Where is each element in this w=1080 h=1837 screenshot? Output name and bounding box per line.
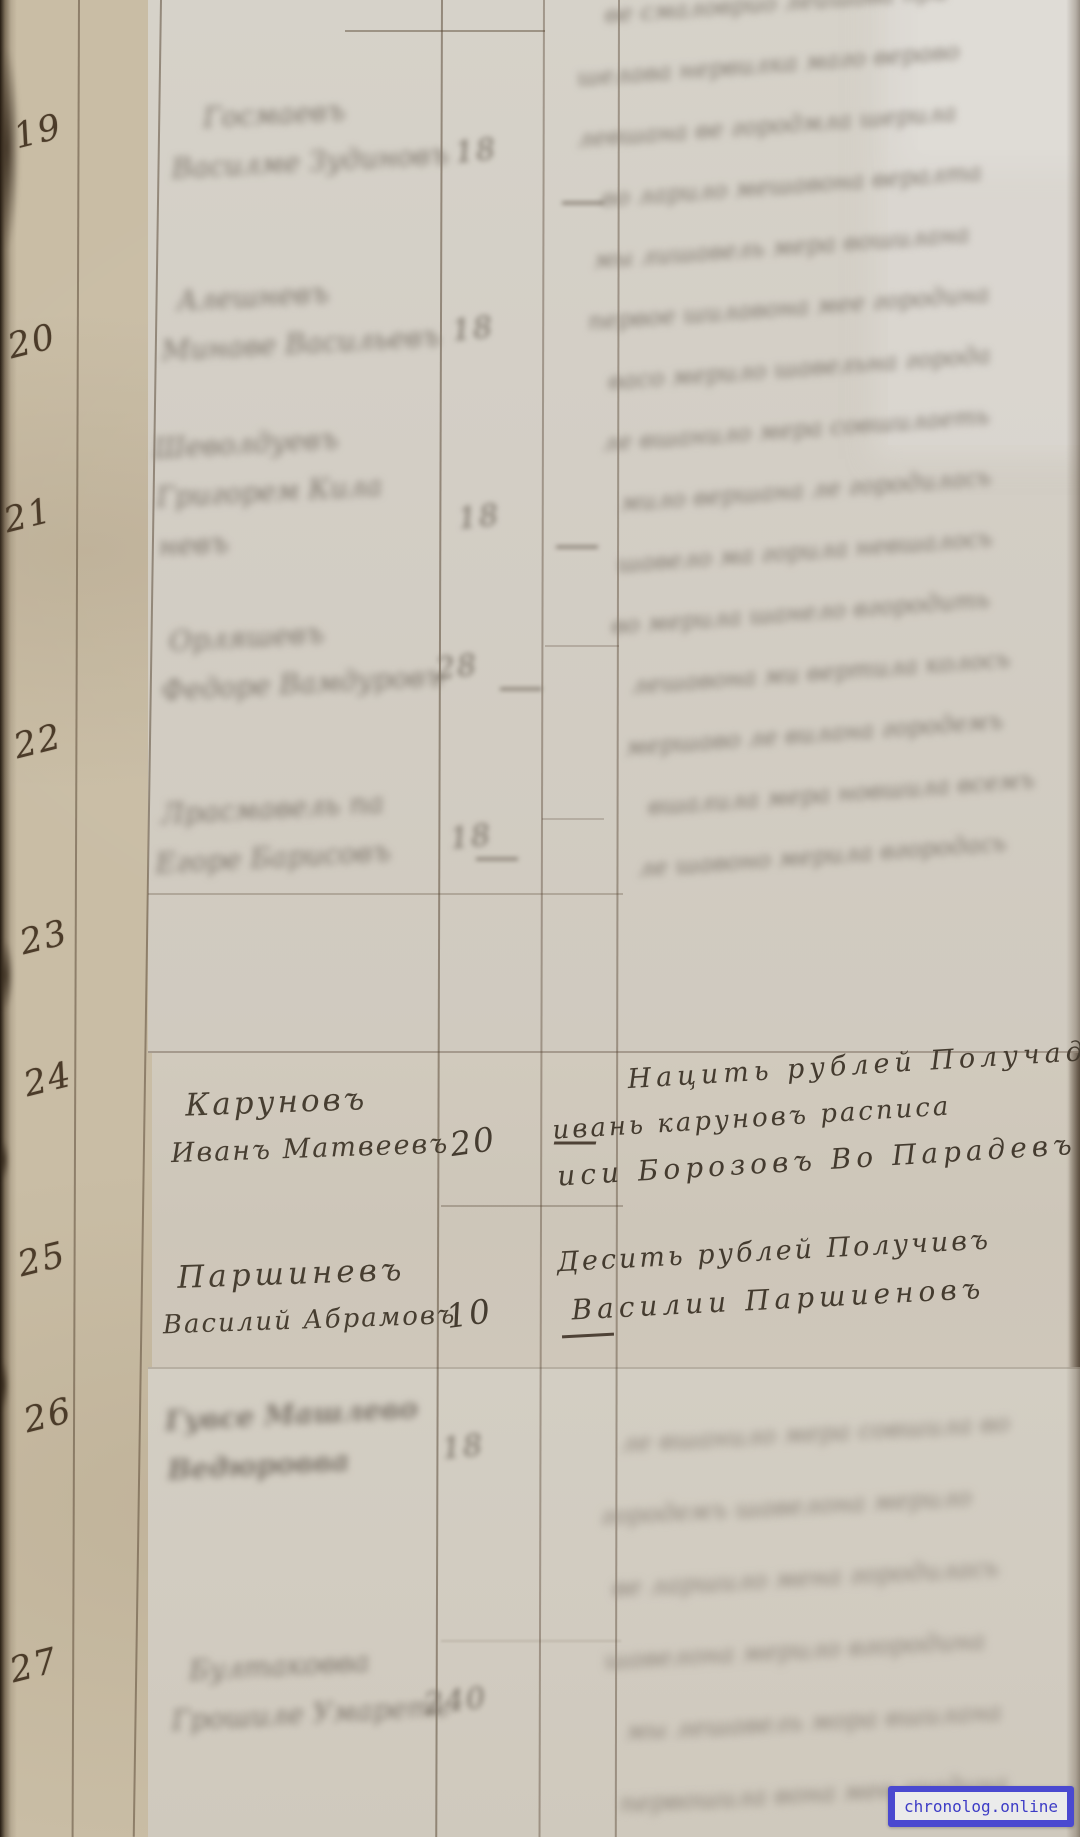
table-row-rule xyxy=(441,1205,623,1207)
table-row-rule xyxy=(148,893,623,895)
entry-name-24: Каруновъ Иванъ Матвеевъ xyxy=(184,1073,450,1176)
entry-value-26: 18 xyxy=(440,1428,486,1467)
entry-value-27: 240 xyxy=(422,1681,489,1722)
ink-smudge xyxy=(0,1360,9,1410)
ink-smudge xyxy=(0,1140,9,1180)
ditto-dash-21: — xyxy=(554,520,600,566)
notes-illegible-top: ве смаловрио лейшава при шелава нервилка… xyxy=(565,0,1041,900)
table-row-rule xyxy=(148,1367,1080,1369)
entry-value-21: 18 xyxy=(456,498,502,537)
name-line: Иванъ Матвеевъ xyxy=(170,1120,450,1177)
ink-smudge xyxy=(0,940,14,1010)
row-number-23: 23 xyxy=(16,913,73,964)
entry-name-25: Паршиневъ Василий Абрамовъ xyxy=(176,1245,457,1349)
document-page: 19 20 21 22 23 24 25 26 27 Госмаевъ Васи… xyxy=(0,0,1080,1837)
row-number-20: 20 xyxy=(4,317,61,368)
table-column-rule xyxy=(72,0,80,1837)
entry-value-19: 18 xyxy=(453,132,499,171)
table-row-rule xyxy=(345,30,545,32)
ditto-dash-22: — xyxy=(498,662,544,708)
notes-illegible-bottom: ле вшанило мера совшила во городемъ шаве… xyxy=(589,1387,1030,1837)
watermark-text: chronolog.online xyxy=(895,1792,1067,1820)
ditto-dash-23: — xyxy=(474,832,520,878)
row-number-27: 27 xyxy=(6,1641,63,1692)
table-row-rule xyxy=(545,645,619,647)
page-right-edge xyxy=(1066,0,1080,1837)
entry-name-27: Бултаковва Грошиле Умареть xyxy=(168,1633,450,1745)
entry-name-21: Шеволдуевъ Григорем Кила невъ xyxy=(152,412,386,571)
entry-value-20: 18 xyxy=(450,310,496,349)
entry-name-26: Гувсе Машлево Ведюровва xyxy=(164,1383,422,1494)
watermark-badge: chronolog.online xyxy=(888,1786,1074,1827)
entry-name-19: Госмаевъ Василме Зудиновъ xyxy=(168,81,450,193)
row-number-26: 26 xyxy=(20,1391,77,1442)
row-number-25: 25 xyxy=(14,1235,71,1286)
entry-name-22: Орляшевъ Федоре Вамдуровъ xyxy=(158,603,445,716)
entry-name-23: Лрасмавель па Егоре Барисовъ xyxy=(152,778,392,888)
row-number-21: 21 xyxy=(0,491,57,542)
table-row-rule xyxy=(441,1640,621,1642)
entry-value-22: 28 xyxy=(434,648,480,687)
row-number-24: 24 xyxy=(20,1055,77,1106)
entry-name-20: Алешневъ Минаве Васильевъ xyxy=(158,263,442,375)
row-number-22: 22 xyxy=(10,717,67,768)
table-row-rule xyxy=(542,818,604,820)
entry-value-25: 10 xyxy=(444,1291,495,1336)
entry-value-24: 20 xyxy=(448,1119,499,1164)
